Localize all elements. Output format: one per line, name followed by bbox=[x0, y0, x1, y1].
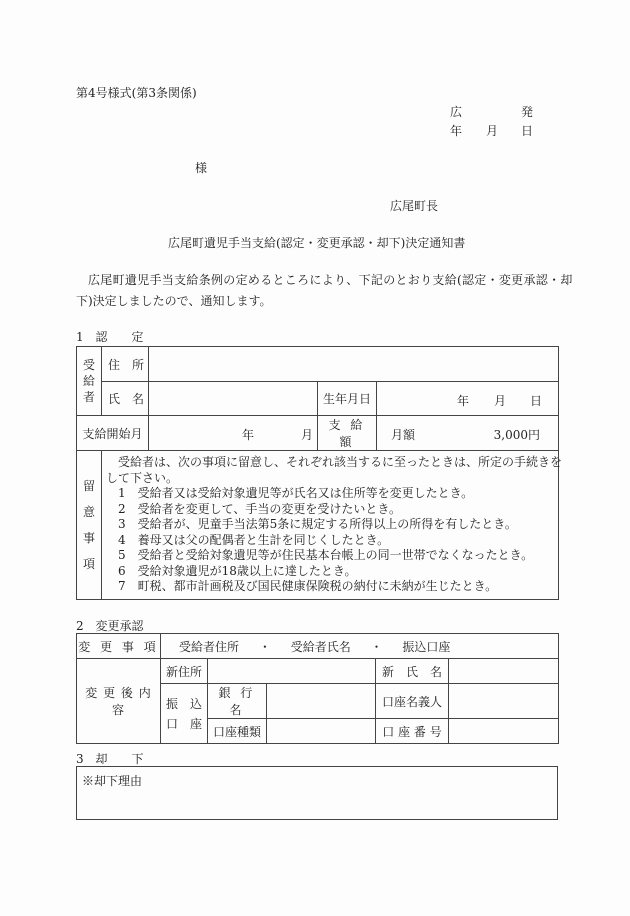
section2-heading: 2 変更承認 bbox=[76, 617, 143, 634]
note-number: 2 bbox=[118, 502, 126, 516]
section2-title: 変更承認 bbox=[95, 619, 143, 633]
notes-label-char: 事 bbox=[77, 525, 101, 551]
notes-intro-2: して下さい。 bbox=[106, 471, 558, 487]
certification-table: 受 給 者 住 所 氏 名 生年月日 年 月 日 支給開始月 年 月 支 給 額… bbox=[76, 346, 559, 600]
notes-content: 受給者は、次の事項に留意し、それぞれ該当するに至ったときは、所定の手続きを して… bbox=[102, 451, 559, 600]
bank-name-field[interactable] bbox=[267, 684, 376, 719]
note-item: 7 町税、都市計画税及び国民健康保険税の納付に未納が生じたとき。 bbox=[106, 579, 558, 595]
note-number: 6 bbox=[118, 564, 126, 578]
start-month: 月 bbox=[301, 426, 313, 443]
option-recipient-address[interactable]: 受給者住所 bbox=[179, 640, 239, 654]
recipient-label-char: 受 bbox=[77, 357, 101, 373]
addressee-suffix: 様 bbox=[195, 159, 207, 176]
issue-prefix: 広 bbox=[450, 103, 462, 120]
amount-value: 3,000円 bbox=[494, 426, 540, 443]
start-month-label: 支給開始月 bbox=[77, 416, 149, 451]
note-number: 1 bbox=[118, 486, 126, 500]
body-text-line2: 下)決定しましたので、通知します。 bbox=[76, 292, 271, 309]
separator-dot: ・ bbox=[259, 640, 271, 654]
change-items-options: 受給者住所 ・ 受給者氏名 ・ 振込口座 bbox=[161, 634, 559, 659]
account-number-label: 口 座 番 号 bbox=[376, 719, 449, 744]
note-text: 受給者と受給対象遺児等が住民基本台帳上の同一世帯でなくなったとき。 bbox=[138, 548, 534, 562]
new-name-field[interactable] bbox=[449, 659, 559, 684]
note-text: 受給者が、児童手当法第5条に規定する所得以上の所得を有したとき。 bbox=[138, 517, 517, 531]
notes-label-char: 留 bbox=[77, 473, 101, 499]
amount-prefix: 月額 bbox=[391, 426, 415, 443]
section3-number: 3 bbox=[76, 752, 84, 766]
transfer-account-label: 振 込 口 座 bbox=[161, 684, 208, 744]
separator-dot: ・ bbox=[371, 640, 383, 654]
note-item: 1 受給者又は受給対象遺児等が氏名又は住所等を変更したとき。 bbox=[106, 486, 558, 502]
birthdate-day: 日 bbox=[530, 392, 542, 409]
issuer: 広尾町長 bbox=[390, 197, 438, 214]
note-text: 受給者を変更して、手当の変更を受けたいとき。 bbox=[138, 502, 401, 516]
rejection-reason-label: ※却下理由 bbox=[82, 772, 142, 789]
date-day: 日 bbox=[521, 122, 533, 139]
transfer-label-line2: 口 座 bbox=[161, 714, 207, 734]
account-type-field[interactable] bbox=[267, 719, 376, 744]
change-items-label: 変 更 事 項 bbox=[77, 634, 161, 659]
name-label: 氏 名 bbox=[102, 382, 149, 416]
date-month: 月 bbox=[486, 122, 498, 139]
account-type-label: 口座種類 bbox=[208, 719, 267, 744]
note-item: 3 受給者が、児童手当法第5条に規定する所得以上の所得を有したとき。 bbox=[106, 517, 558, 533]
name-field[interactable] bbox=[149, 382, 318, 416]
note-text: 養母又は父の配偶者と生計を同じくしたとき。 bbox=[138, 533, 390, 547]
address-label: 住 所 bbox=[102, 347, 149, 382]
notes-label-char: 項 bbox=[77, 551, 101, 577]
section3-title: 却 下 bbox=[95, 752, 143, 766]
issue-suffix: 発 bbox=[521, 103, 533, 120]
note-text: 受給対象遺児が18歳以上に達したとき。 bbox=[138, 564, 357, 578]
account-holder-label: 口座名義人 bbox=[376, 684, 449, 719]
section1-title: 認 定 bbox=[95, 330, 143, 344]
notes-intro-1: 受給者は、次の事項に留意し、それぞれ該当するに至ったときは、所定の手続きを bbox=[106, 455, 558, 471]
section1-heading: 1 認 定 bbox=[76, 328, 143, 345]
note-item: 2 受給者を変更して、手当の変更を受けたいとき。 bbox=[106, 502, 558, 518]
birthdate-year: 年 bbox=[457, 392, 469, 409]
recipient-label: 受 給 者 bbox=[77, 347, 102, 416]
new-address-field[interactable] bbox=[208, 659, 376, 684]
start-year: 年 bbox=[242, 426, 254, 443]
birthdate-label: 生年月日 bbox=[318, 382, 377, 416]
note-item: 6 受給対象遺児が18歳以上に達したとき。 bbox=[106, 564, 558, 580]
date-year: 年 bbox=[450, 122, 462, 139]
notes-label: 留 意 事 項 bbox=[77, 451, 102, 600]
note-item: 5 受給者と受給対象遺児等が住民基本台帳上の同一世帯でなくなったとき。 bbox=[106, 548, 558, 564]
document-title: 広尾町遺児手当支給(認定・変更承認・却下)決定通知書 bbox=[168, 234, 465, 251]
amount-label: 支 給 額 bbox=[318, 416, 377, 451]
new-address-label: 新住所 bbox=[161, 659, 208, 684]
account-holder-field[interactable] bbox=[449, 684, 559, 719]
note-number: 3 bbox=[118, 517, 126, 531]
birthdate-field[interactable]: 年 月 日 bbox=[377, 382, 559, 416]
transfer-label-line1: 振 込 bbox=[161, 694, 207, 714]
body-text-line1: 広尾町遺児手当支給条例の定めるところにより、下記のとおり支給(認定・変更承認・却 bbox=[88, 271, 573, 288]
section1-number: 1 bbox=[76, 330, 84, 344]
bank-name-label: 銀 行 名 bbox=[208, 684, 267, 719]
note-number: 5 bbox=[118, 548, 126, 562]
note-number: 7 bbox=[118, 579, 126, 593]
form-number: 第4号様式(第3条関係) bbox=[76, 84, 197, 101]
address-field[interactable] bbox=[149, 347, 559, 382]
note-number: 4 bbox=[118, 533, 126, 547]
section2-number: 2 bbox=[76, 619, 84, 633]
option-bank-account[interactable]: 振込口座 bbox=[402, 640, 450, 654]
note-item: 4 養母又は父の配偶者と生計を同じくしたとき。 bbox=[106, 533, 558, 549]
recipient-label-char: 給 bbox=[77, 373, 101, 389]
note-text: 町税、都市計画税及び国民健康保険税の納付に未納が生じたとき。 bbox=[138, 579, 498, 593]
after-change-label: 変 更 後 内 容 bbox=[77, 659, 161, 744]
notes-label-char: 意 bbox=[77, 499, 101, 525]
rejection-reason-box[interactable]: ※却下理由 bbox=[76, 766, 558, 820]
note-text: 受給者又は受給対象遺児等が氏名又は住所等を変更したとき。 bbox=[138, 486, 474, 500]
birthdate-month: 月 bbox=[494, 392, 506, 409]
section3-heading: 3 却 下 bbox=[76, 750, 143, 767]
amount-field: 月額 3,000円 bbox=[377, 416, 559, 451]
account-number-field[interactable] bbox=[449, 719, 559, 744]
change-approval-table: 変 更 事 項 受給者住所 ・ 受給者氏名 ・ 振込口座 変 更 後 内 容 新… bbox=[76, 633, 559, 744]
option-recipient-name[interactable]: 受給者氏名 bbox=[291, 640, 351, 654]
recipient-label-char: 者 bbox=[77, 389, 101, 405]
new-name-label: 新 氏 名 bbox=[376, 659, 449, 684]
start-month-field[interactable]: 年 月 bbox=[149, 416, 318, 451]
